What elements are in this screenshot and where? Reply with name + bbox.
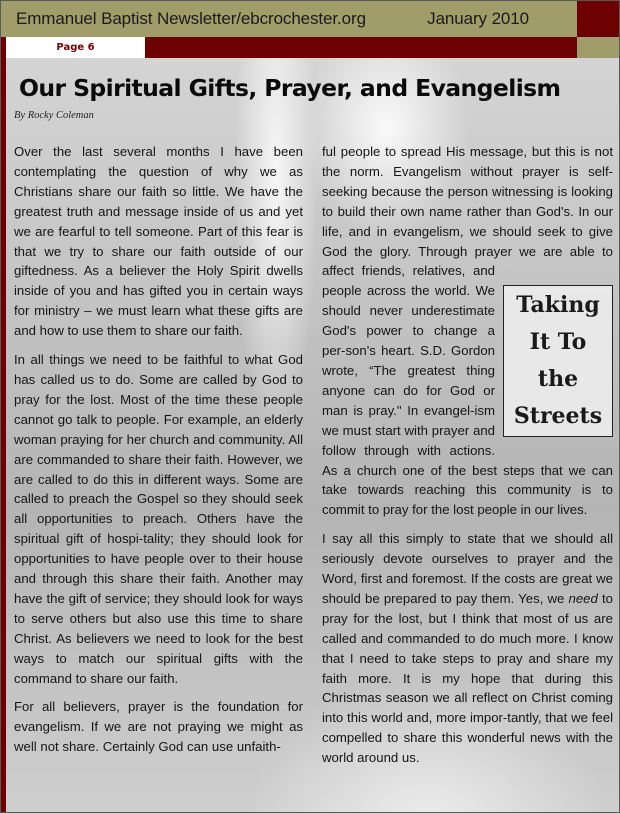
article-title: Our Spiritual Gifts, Prayer, and Evangel… — [19, 74, 560, 102]
pull-quote-callout: Taking It To the Streets — [503, 285, 613, 437]
callout-line: Taking — [516, 287, 600, 324]
text-run: to pray for the lost, but I think that m… — [322, 591, 613, 765]
paragraph: I say all this simply to state that we s… — [322, 529, 613, 768]
callout-line: It To — [530, 324, 587, 361]
header-accent-corner — [577, 37, 620, 58]
publication-title: Emmanuel Baptist Newsletter/ebcrochester… — [16, 9, 366, 29]
article-left-column: Over the last several months I have been… — [14, 142, 303, 766]
paragraph: In all things we need to be faithful to … — [14, 350, 303, 688]
article-byline: By Rocky Coleman — [14, 110, 94, 121]
emphasized-word: need — [569, 591, 598, 606]
callout-line: the — [538, 361, 578, 398]
header-band: Emmanuel Baptist Newsletter/ebcrochester… — [1, 1, 577, 37]
article-right-column: Taking It To the Streets ful people to s… — [322, 142, 613, 777]
header-corner-block — [577, 1, 620, 37]
article-content: Our Spiritual Gifts, Prayer, and Evangel… — [6, 58, 620, 813]
newsletter-page: Emmanuel Baptist Newsletter/ebcrochester… — [0, 0, 620, 813]
issue-date: January 2010 — [427, 9, 529, 29]
page-number-label: Page 6 — [6, 37, 145, 58]
paragraph: Over the last several months I have been… — [14, 142, 303, 341]
paragraph: For all believers, prayer is the foundat… — [14, 697, 303, 757]
callout-line: Streets — [514, 398, 602, 435]
